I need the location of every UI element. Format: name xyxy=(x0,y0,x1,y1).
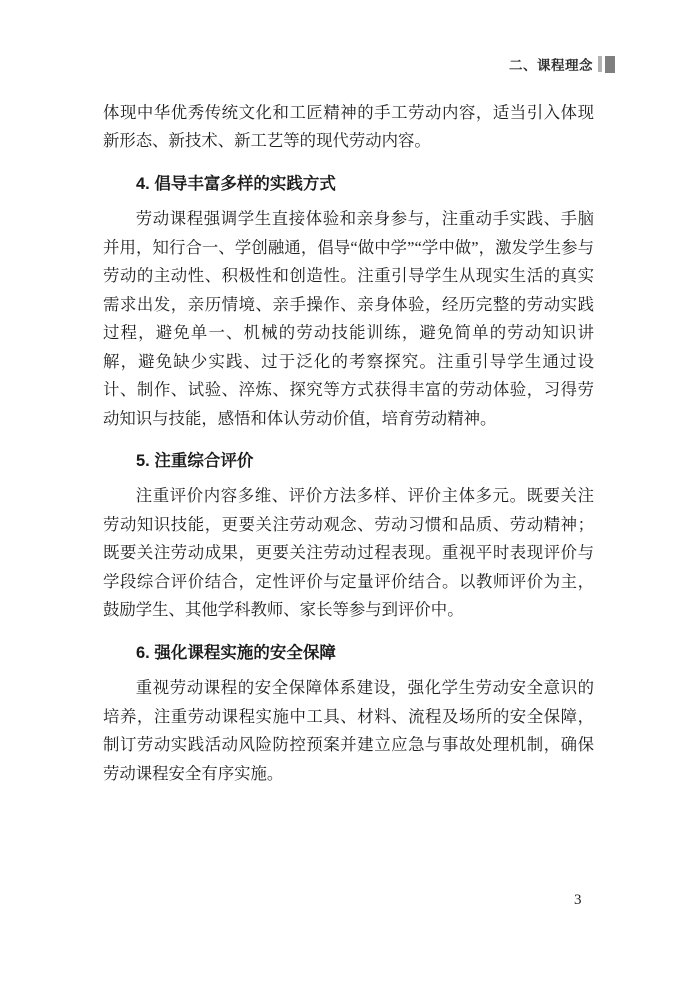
paragraph-section-4: 劳动课程强调学生直接体验和亲身参与，注重动手实践、手脑并用，知行合一、学创融通，… xyxy=(103,205,594,433)
paragraph-section-5: 注重评价内容多维、评价方法多样、评价主体多元。既要关注劳动知识技能，更要关注劳动… xyxy=(103,482,594,624)
heading-section-4: 4. 倡导丰富多样的实践方式 xyxy=(103,170,594,198)
header-bar-light-icon xyxy=(598,56,602,72)
running-header-label: 二、课程理念 xyxy=(509,54,593,74)
document-page: 二、课程理念 体现中华优秀传统文化和工匠精神的手工劳动内容，适当引入体现新形态、… xyxy=(0,0,695,982)
page-number: 3 xyxy=(574,892,582,909)
paragraph-section-6: 重视劳动课程的安全保障体系建设，强化学生劳动安全意识的培养，注重劳动课程实施中工… xyxy=(103,674,594,788)
heading-section-6: 6. 强化课程实施的安全保障 xyxy=(103,639,594,667)
heading-section-5: 5. 注重综合评价 xyxy=(103,447,594,475)
running-header: 二、课程理念 xyxy=(509,54,615,74)
paragraph-continuation: 体现中华优秀传统文化和工匠精神的手工劳动内容，适当引入体现新形态、新技术、新工艺… xyxy=(103,99,594,156)
page-body: 体现中华优秀传统文化和工匠精神的手工劳动内容，适当引入体现新形态、新技术、新工艺… xyxy=(103,99,594,788)
header-bar-dark-icon xyxy=(605,56,615,73)
